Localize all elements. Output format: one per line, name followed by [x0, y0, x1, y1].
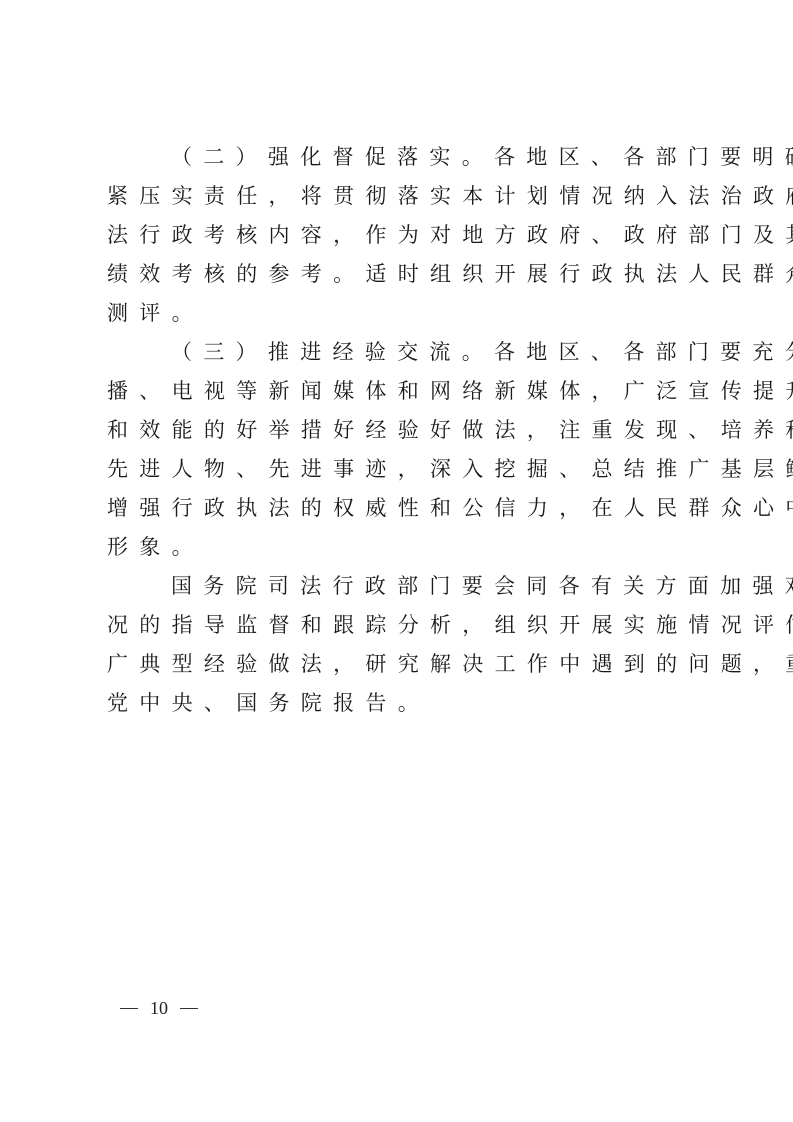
paragraph-section-2: （二）强化督促落实。各地区、各部门要明确任务分工，压 紧压实责任，将贯彻落实本计…: [107, 138, 689, 333]
dash-right: [180, 1008, 198, 1009]
text-line: （二）强化督促落实。各地区、各部门要明确任务分工，压: [107, 138, 689, 177]
text-line: 紧压实责任，将贯彻落实本计划情况纳入法治政府建设督察、依: [107, 177, 689, 216]
text-line: 形象。: [107, 528, 689, 567]
text-line: 和效能的好举措好经验好做法，注重发现、培养和宣传行政执法: [107, 411, 689, 450]
text-line: 先进人物、先进事迹，深入挖掘、总结推广基层鲜活经验，切实: [107, 450, 689, 489]
text-line: 法行政考核内容，作为对地方政府、政府部门及其领导干部综合: [107, 216, 689, 255]
paragraph-section-3: （三）推进经验交流。各地区、各部门要充分利用报刊、广 播、电视等新闻媒体和网络新…: [107, 333, 689, 567]
text-line: 绩效考核的参考。适时组织开展行政执法人民群众满意度第三方: [107, 255, 689, 294]
text-line: 广典型经验做法，研究解决工作中遇到的问题，重要事项及时向: [107, 645, 689, 684]
paragraph-closing: 国务院司法行政部门要会同各有关方面加强对本计划实施情 况的指导监督和跟踪分析，组…: [107, 567, 689, 723]
text-line: 增强行政执法的权威性和公信力，在人民群众心中树立良好执法: [107, 489, 689, 528]
text-line: 党中央、国务院报告。: [107, 684, 689, 723]
document-body: （二）强化督促落实。各地区、各部门要明确任务分工，压 紧压实责任，将贯彻落实本计…: [107, 138, 689, 723]
text-line: 测评。: [107, 294, 689, 333]
text-line: 国务院司法行政部门要会同各有关方面加强对本计划实施情: [107, 567, 689, 606]
dash-left: [120, 1008, 138, 1009]
page-number-value: 10: [150, 998, 168, 1019]
text-line: （三）推进经验交流。各地区、各部门要充分利用报刊、广: [107, 333, 689, 372]
page-number: 10: [120, 998, 198, 1019]
text-line: 播、电视等新闻媒体和网络新媒体，广泛宣传提升行政执法质量: [107, 372, 689, 411]
document-page: （二）强化督促落实。各地区、各部门要明确任务分工，压 紧压实责任，将贯彻落实本计…: [0, 0, 793, 1122]
text-line: 况的指导监督和跟踪分析，组织开展实施情况评估，及时总结推: [107, 606, 689, 645]
